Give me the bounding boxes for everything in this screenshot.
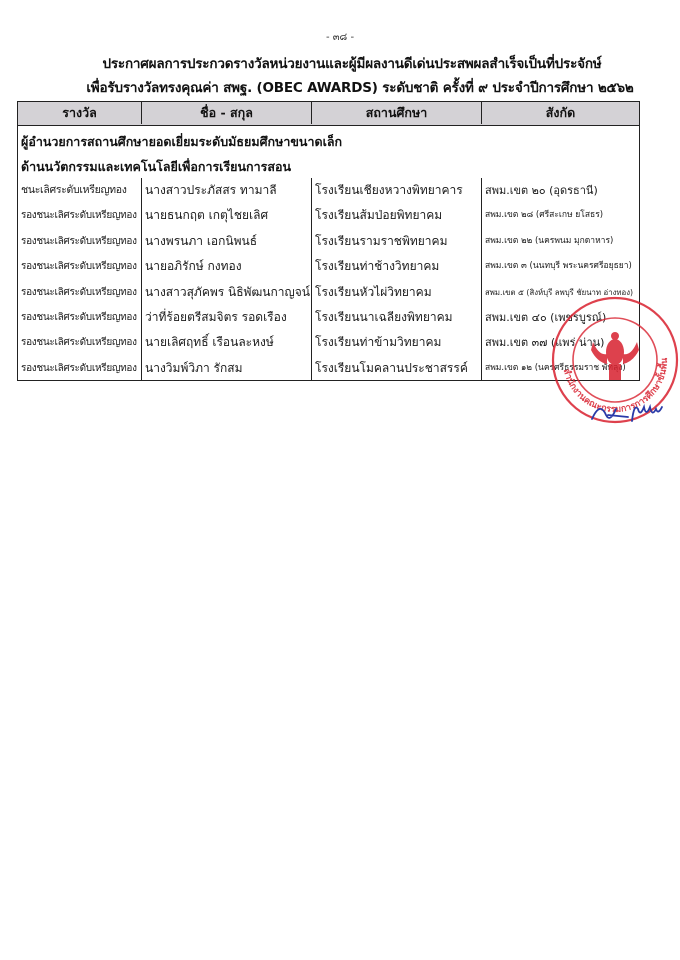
name-cell: นายอภิรักษ์ กงทอง xyxy=(142,254,311,279)
school-cell: โรงเรียนท่าข้ามวิทยาคม xyxy=(312,330,481,355)
award-cell: รองชนะเลิศระดับเหรียญทอง xyxy=(18,254,141,279)
header-agency: สังกัด xyxy=(482,102,639,124)
agency-cell: สพม.เขต ๓ (นนทบุรี พระนครศรีอยุธยา) xyxy=(482,254,639,279)
name-cell: นายธนกฤต เกตุไชยเลิศ xyxy=(142,203,311,228)
name-cell: นางพรนภา เอกนิพนธ์ xyxy=(142,229,311,254)
table-row: ชนะเลิศระดับเหรียญทองนางสาวประภัสสร ทามา… xyxy=(18,178,639,203)
table-header: รางวัล ชื่อ - สกุล สถานศึกษา สังกัด xyxy=(18,102,639,126)
agency-cell: สพม.เขต ๕ (สิงห์บุรี ลพบุรี ชัยนาท อ่างท… xyxy=(482,280,639,305)
award-cell: รองชนะเลิศระดับเหรียญทอง xyxy=(18,356,141,381)
header-name: ชื่อ - สกุล xyxy=(142,102,311,124)
agency-cell: สพม.เขต ๒๘ (ศรีสะเกษ ยโสธร) xyxy=(482,203,639,228)
award-cell: รองชนะเลิศระดับเหรียญทอง xyxy=(18,280,141,305)
signature-icon xyxy=(588,395,668,427)
name-cell: นางวิมพ์วิภา รักสม xyxy=(142,356,311,381)
name-cell: นายเลิศฤทธิ์ เรือนละหงษ์ xyxy=(142,330,311,355)
table-row: รองชนะเลิศระดับเหรียญทองนายอภิรักษ์ กงทอ… xyxy=(18,254,639,279)
category-label: ผู้อำนวยการสถานศึกษายอดเยี่ยมระดับมัธยมศ… xyxy=(21,132,342,152)
table-row: รองชนะเลิศระดับเหรียญทองว่าที่ร้อยตรีสมจ… xyxy=(18,305,639,330)
name-cell: นางสาวประภัสสร ทามาลี xyxy=(142,178,311,203)
table-row: รองชนะเลิศระดับเหรียญทองนายเลิศฤทธิ์ เรื… xyxy=(18,330,639,355)
table-row: รองชนะเลิศระดับเหรียญทองนางพรนภา เอกนิพน… xyxy=(18,229,639,254)
header-divider xyxy=(311,102,312,124)
document-title-line-2: เพื่อรับรางวัลทรงคุณค่า สพฐ. (OBEC AWARD… xyxy=(0,76,680,98)
results-table: รางวัล ชื่อ - สกุล สถานศึกษา สังกัด ผู้อ… xyxy=(17,101,640,381)
award-cell: รองชนะเลิศระดับเหรียญทอง xyxy=(18,330,141,355)
school-cell: โรงเรียนนาเฉลียงพิทยาคม xyxy=(312,305,481,330)
school-cell: โรงเรียนท่าช้างวิทยาคม xyxy=(312,254,481,279)
agency-cell: สพม.เขต ๑๒ (นครศรีธรรมราช พัทลุง) xyxy=(482,356,639,381)
page-number: - ๓๘ - xyxy=(0,30,680,45)
table-row: รองชนะเลิศระดับเหรียญทองนายธนกฤต เกตุไชย… xyxy=(18,203,639,228)
school-cell: โรงเรียนเชียงหวางพิทยาคาร xyxy=(312,178,481,203)
school-cell: โรงเรียนส้มป่อยพิทยาคม xyxy=(312,203,481,228)
header-award: รางวัล xyxy=(18,102,141,124)
agency-cell: สพม.เขต ๓๗ (แพร่ น่าน) xyxy=(482,330,639,355)
award-cell: รองชนะเลิศระดับเหรียญทอง xyxy=(18,203,141,228)
header-school: สถานศึกษา xyxy=(312,102,481,124)
name-cell: นางสาวสุภัคพร นิธิพัฒนกาญจน์ xyxy=(142,280,311,305)
agency-cell: สพม.เขต ๔๐ (เพชรบูรณ์) xyxy=(482,305,639,330)
agency-cell: สพม.เขต ๒๐ (อุดรธานี) xyxy=(482,178,639,203)
agency-cell: สพม.เขต ๒๒ (นครพนม มุกดาหาร) xyxy=(482,229,639,254)
award-cell: รองชนะเลิศระดับเหรียญทอง xyxy=(18,305,141,330)
name-cell: ว่าที่ร้อยตรีสมจิตร รอดเรือง xyxy=(142,305,311,330)
school-cell: โรงเรียนรามราชพิทยาคม xyxy=(312,229,481,254)
award-cell: ชนะเลิศระดับเหรียญทอง xyxy=(18,178,141,203)
document-title-line-1: ประกาศผลการประกวดรางวัลหน่วยงานและผู้มีผ… xyxy=(0,52,680,74)
table-row: รองชนะเลิศระดับเหรียญทองนางสาวสุภัคพร นิ… xyxy=(18,280,639,305)
subcategory-label: ด้านนวัตกรรมและเทคโนโลยีเพื่อการเรียนการ… xyxy=(21,157,291,177)
header-divider xyxy=(481,102,482,124)
school-cell: โรงเรียนโมคลานประชาสรรค์ xyxy=(312,356,481,381)
school-cell: โรงเรียนหัวไผ่วิทยาคม xyxy=(312,280,481,305)
award-cell: รองชนะเลิศระดับเหรียญทอง xyxy=(18,229,141,254)
table-row: รองชนะเลิศระดับเหรียญทองนางวิมพ์วิภา รัก… xyxy=(18,356,639,381)
header-divider xyxy=(141,102,142,124)
